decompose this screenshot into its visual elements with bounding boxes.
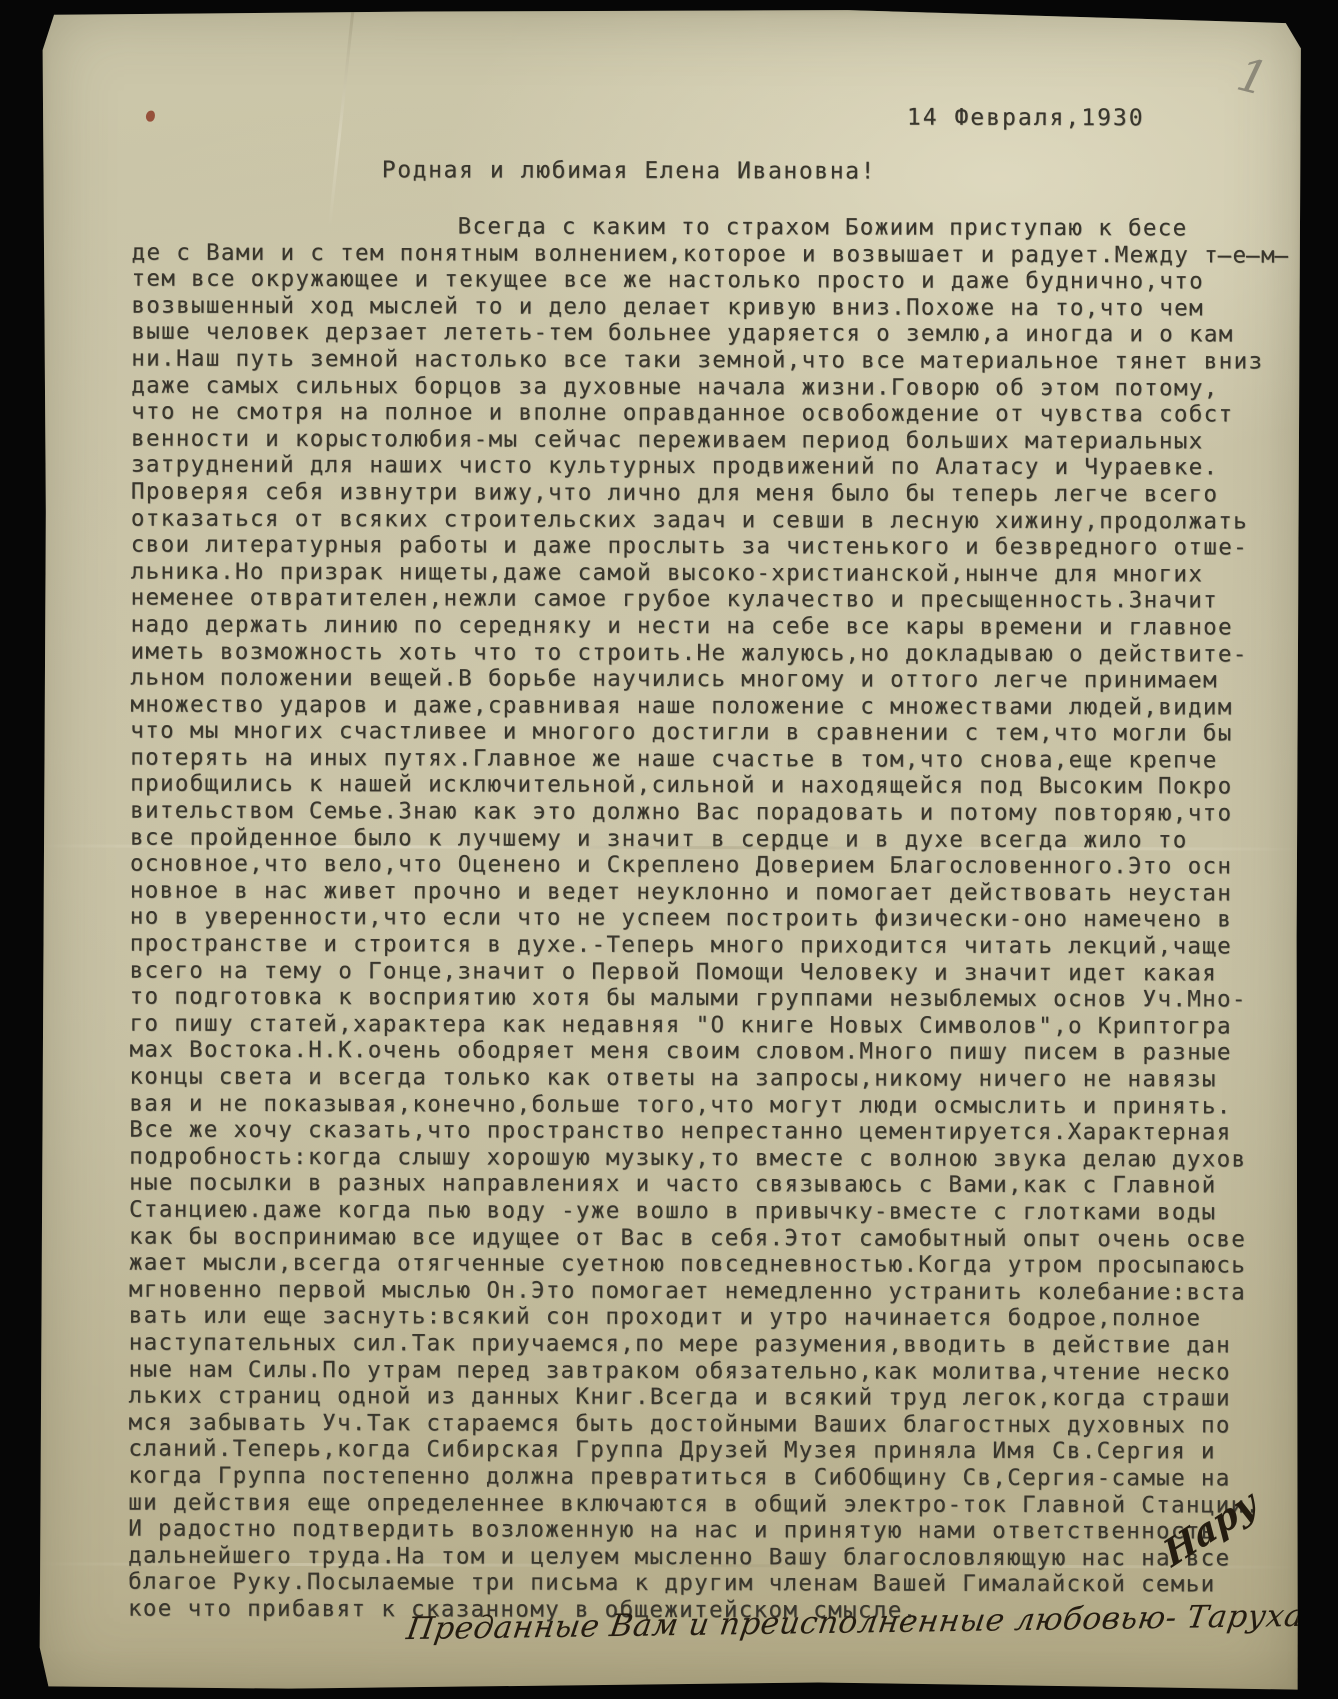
letter-line: концы света и всегда только как ответы н… bbox=[129, 1064, 1265, 1094]
letter-line: сланий.Теперь,когда Сибирская Группа Дру… bbox=[128, 1436, 1264, 1466]
letter-line: И радостно подтвердить возложенную на на… bbox=[128, 1516, 1264, 1546]
paper-corner-crease bbox=[328, 8, 355, 227]
letter-line: Все же хочу сказать,что пространство неп… bbox=[129, 1117, 1265, 1147]
letter-line: ни.Наш путь земной настолько все таки зе… bbox=[131, 346, 1267, 376]
letter-line: даже самых сильных борцов за духовные на… bbox=[131, 372, 1267, 402]
letter-line: приобщились к нашей исключительной,сильн… bbox=[130, 771, 1266, 801]
letter-line: пространстве и строится в духе.-Теперь м… bbox=[130, 931, 1266, 961]
letter-line: новное в нас живет прочно и ведет неукло… bbox=[130, 877, 1266, 907]
letter-line: все пройденное было к лучшему и значит в… bbox=[130, 824, 1266, 854]
letter-line: го пишу статей,характера как недавняя "О… bbox=[130, 1010, 1266, 1040]
letter-line: жает мысли,всегда отягченные суетною пов… bbox=[129, 1250, 1265, 1280]
letter-line: подробность:когда слышу хорошую музыку,т… bbox=[129, 1143, 1265, 1173]
letter-date: 14 Февраля,1930 bbox=[907, 105, 1145, 132]
letter-line: вая и не показывая,конечно,больше того,ч… bbox=[129, 1090, 1265, 1120]
letter-line: тем все окружающее и текущее все же наст… bbox=[131, 266, 1267, 296]
letter-line: свои литературныя работы и даже прослыть… bbox=[131, 532, 1267, 562]
letter-line: то подготовка к восприятию хотя бы малым… bbox=[130, 984, 1266, 1014]
letter-line: благое Руку.Посылаемые три письма к друг… bbox=[128, 1569, 1264, 1599]
letter-line: дальнейшего труда.На том и целуем мыслен… bbox=[128, 1542, 1264, 1572]
letter-line: что мы многих счастливее и многого дости… bbox=[130, 718, 1266, 748]
letter-line: иметь возможность хоть что то строить.Не… bbox=[130, 638, 1266, 668]
letter-line: мся забывать Уч.Так стараемся быть досто… bbox=[128, 1409, 1264, 1439]
letter-line: основное,что вело,что Оценено и Скреплен… bbox=[130, 851, 1266, 881]
letter-salutation: Родная и любимая Елена Ивановна! bbox=[382, 157, 876, 184]
letter-line: возвышенный ход мыслей то и дело делает … bbox=[131, 292, 1267, 322]
letter-line: льких страниц одной из данных Книг.Всегд… bbox=[129, 1383, 1265, 1413]
letter-line: множество ударов и даже,сравнивая наше п… bbox=[130, 691, 1266, 721]
letter-line: мах Востока.Н.К.очень ободряет меня свои… bbox=[129, 1037, 1265, 1067]
letter-line: всего на тему о Гонце,значит о Первой По… bbox=[130, 957, 1266, 987]
letter-line: отказаться от всяких строительских задач… bbox=[131, 505, 1267, 535]
letter-line: льника.Но призрак нищеты,даже самой высо… bbox=[131, 558, 1267, 588]
handwritten-page-number: 1 bbox=[1232, 47, 1274, 107]
letter-line: как бы воспринимаю все идущее от Вас в с… bbox=[129, 1223, 1265, 1253]
letter-body: Всегда с каким то страхом Божиим приступ… bbox=[128, 213, 1268, 1625]
letter-line: ши действия еще определеннее включаются … bbox=[128, 1489, 1264, 1519]
letter-line: неменее отвратителен,нежли самое грубое … bbox=[131, 585, 1267, 615]
letter-line: вительством Семье.Знаю как это должно Ва… bbox=[130, 798, 1266, 828]
letter-line: ные посылки в разных направлениях и част… bbox=[129, 1170, 1265, 1200]
ink-stain bbox=[146, 111, 155, 122]
scanned-letter-screenshot: 1 14 Февраля,1930 Родная и любимая Елена… bbox=[0, 0, 1338, 1699]
letter-page: 1 14 Февраля,1930 Родная и любимая Елена… bbox=[36, 6, 1302, 1694]
letter-line: де с Вами и с тем понятным волнением,кот… bbox=[132, 239, 1268, 269]
letter-line: надо держать линию по середняку и нести … bbox=[131, 611, 1267, 641]
letter-line: Проверяя себя извнутри вижу,что лично дл… bbox=[131, 479, 1267, 509]
letter-line: Всегда с каким то страхом Божиим приступ… bbox=[132, 213, 1268, 243]
letter-line: что не смотря на полное и вполне оправда… bbox=[131, 399, 1267, 429]
letter-line: льном положении вещей.В борьбе научились… bbox=[130, 665, 1266, 695]
letter-line: но в уверенности,что если что не успеем … bbox=[130, 904, 1266, 934]
letter-line: выше человек дерзает лететь-тем больнее … bbox=[131, 319, 1267, 349]
letter-line: вать или еще заснуть:всякий сон проходит… bbox=[129, 1303, 1265, 1333]
letter-line: когда Группа постепенно должна превратит… bbox=[128, 1462, 1264, 1492]
letter-line: наступательных сил.Так приучаемся,по мер… bbox=[129, 1330, 1265, 1360]
letter-line: затруднений для наших чисто культурных п… bbox=[131, 452, 1267, 482]
letter-line: потерять на иных путях.Главное же наше с… bbox=[130, 744, 1266, 774]
letter-line: венности и корыстолюбия-мы сейчас пережи… bbox=[131, 425, 1267, 455]
letter-line: Станциею.даже когда пью воду -уже вошло … bbox=[129, 1197, 1265, 1227]
letter-line: ные нам Силы.По утрам перед завтраком об… bbox=[129, 1356, 1265, 1386]
letter-line: мгновенно первой мыслью Он.Это помогает … bbox=[129, 1276, 1265, 1306]
